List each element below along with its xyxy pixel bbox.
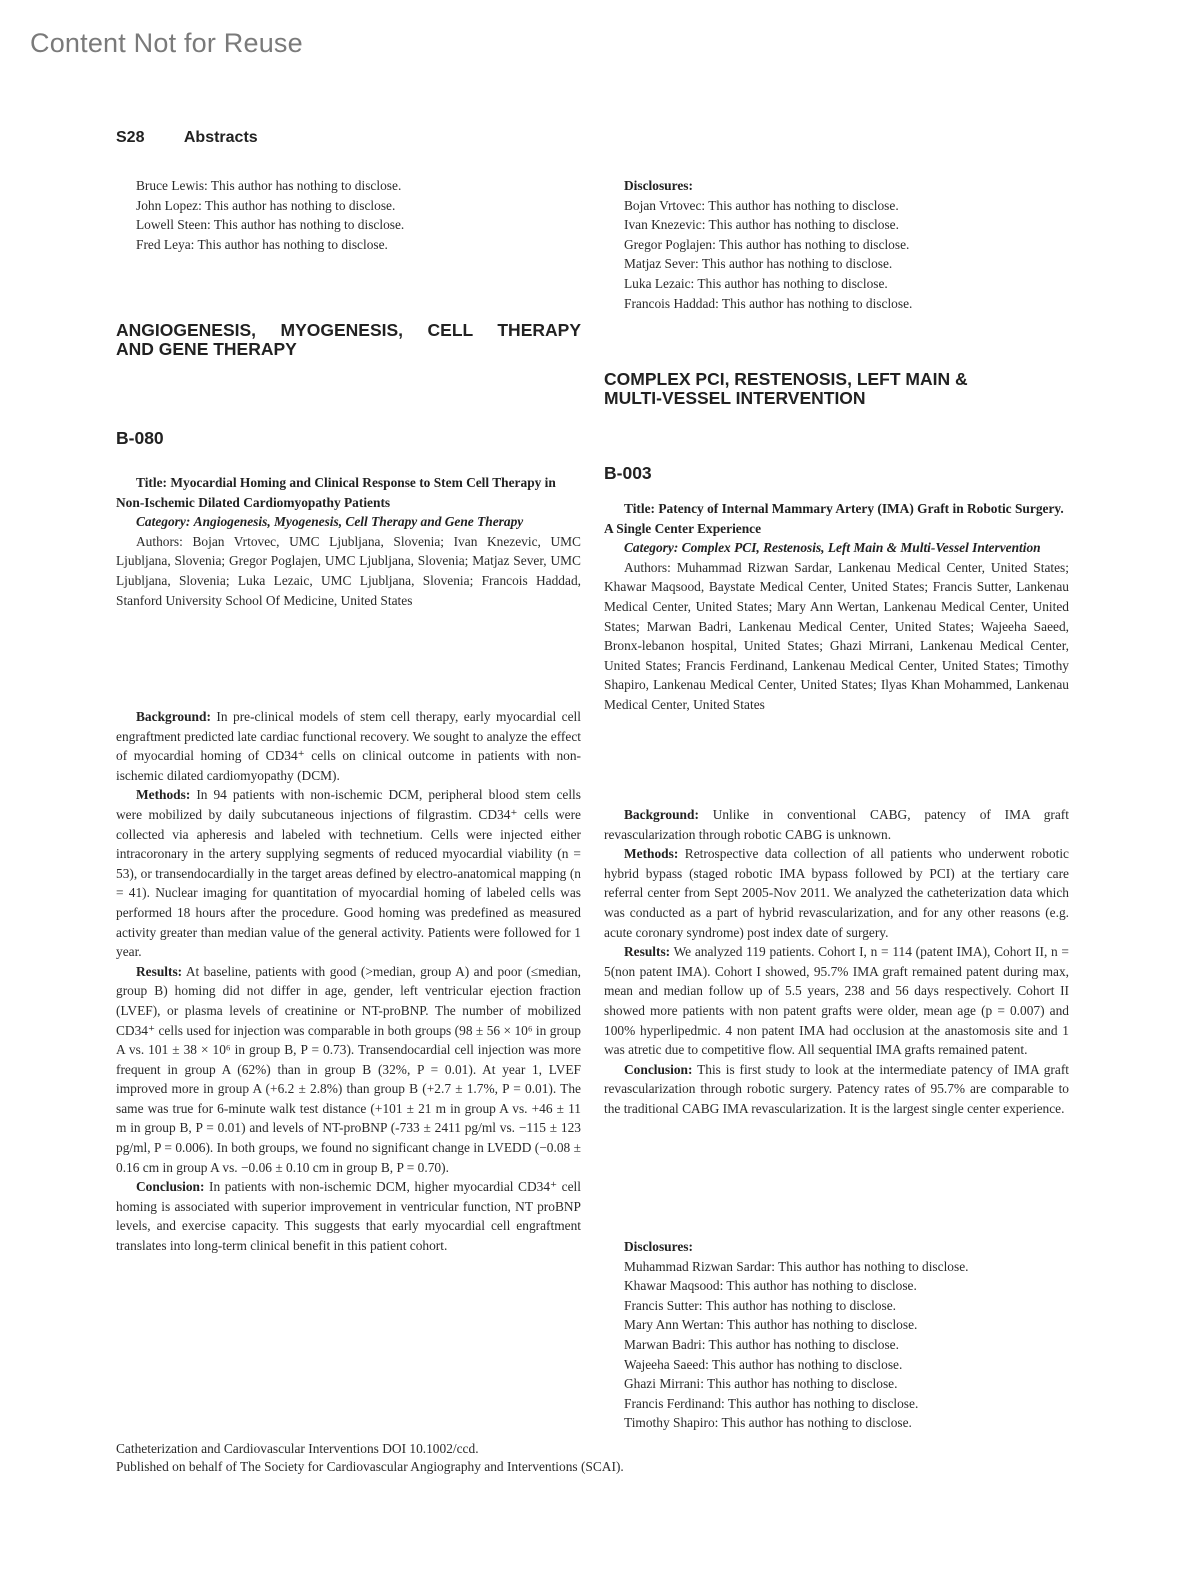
- disclosure-line: Lowell Steen: This author has nothing to…: [136, 215, 581, 235]
- abstract-conclusion: Conclusion: In patients with non-ischemi…: [116, 1177, 581, 1255]
- disclosure-line: Ghazi Mirrani: This author has nothing t…: [624, 1374, 1069, 1394]
- disclosures-label: Disclosures:: [624, 176, 1069, 196]
- abstract-background: Background: Unlike in conventional CABG,…: [604, 805, 1069, 844]
- disclosure-line: Luka Lezaic: This author has nothing to …: [624, 274, 1069, 294]
- abstract-category: Category: Angiogenesis, Myogenesis, Cell…: [116, 512, 581, 532]
- disclosure-line: Francois Haddad: This author has nothing…: [624, 294, 1069, 314]
- disclosure-line: Marwan Badri: This author has nothing to…: [624, 1335, 1069, 1355]
- disclosure-line: Wajeeha Saeed: This author has nothing t…: [624, 1355, 1069, 1375]
- abstract-background: Background: In pre-clinical models of st…: [116, 707, 581, 785]
- disclosures-label: Disclosures:: [624, 1237, 1069, 1257]
- abstract-id: B-080: [116, 429, 581, 449]
- running-head: S28 Abstracts: [116, 129, 258, 147]
- abstract-title: Title: Patency of Internal Mammary Arter…: [604, 499, 1069, 538]
- abstract-b003: Title: Patency of Internal Mammary Arter…: [604, 499, 1069, 715]
- abstract-id: B-003: [604, 464, 1069, 484]
- abstract-authors: Authors: Muhammad Rizwan Sardar, Lankena…: [604, 558, 1069, 715]
- footer-publisher: Published on behalf of The Society for C…: [116, 1458, 624, 1476]
- disclosure-line: Francis Sutter: This author has nothing …: [624, 1296, 1069, 1316]
- right-prev-disclosures: Disclosures: Bojan Vrtovec: This author …: [604, 176, 1069, 313]
- abstract-results: Results: At baseline, patients with good…: [116, 962, 581, 1178]
- abstract-category: Category: Complex PCI, Restenosis, Left …: [604, 538, 1069, 558]
- disclosure-line: Khawar Maqsood: This author has nothing …: [624, 1276, 1069, 1296]
- disclosure-line: Matjaz Sever: This author has nothing to…: [624, 254, 1069, 274]
- disclosure-line: Ivan Knezevic: This author has nothing t…: [624, 215, 1069, 235]
- disclosure-line: Muhammad Rizwan Sardar: This author has …: [624, 1257, 1069, 1277]
- abstract-title: Title: Myocardial Homing and Clinical Re…: [116, 473, 581, 512]
- page-number: S28: [116, 129, 180, 147]
- abstract-methods: Methods: Retrospective data collection o…: [604, 844, 1069, 942]
- abstract-b003-disclosures: Disclosures: Muhammad Rizwan Sardar: Thi…: [604, 1237, 1069, 1433]
- abstract-b080-body: Background: In pre-clinical models of st…: [116, 707, 581, 1256]
- journal-section: Abstracts: [184, 129, 258, 146]
- abstract-methods: Methods: In 94 patients with non-ischemi…: [116, 785, 581, 961]
- disclosure-line: Gregor Poglajen: This author has nothing…: [624, 235, 1069, 255]
- disclosure-line: Fred Leya: This author has nothing to di…: [136, 235, 581, 255]
- abstract-conclusion: Conclusion: This is first study to look …: [604, 1060, 1069, 1119]
- disclosure-line: Bojan Vrtovec: This author has nothing t…: [624, 196, 1069, 216]
- section-heading-angiogenesis: ANGIOGENESIS, MYOGENESIS, CELL THERAPY A…: [116, 321, 581, 358]
- abstract-b080: Title: Myocardial Homing and Clinical Re…: [116, 473, 581, 610]
- left-prev-disclosures: Bruce Lewis: This author has nothing to …: [116, 176, 581, 254]
- disclosure-line: Mary Ann Wertan: This author has nothing…: [624, 1315, 1069, 1335]
- disclosure-line: Timothy Shapiro: This author has nothing…: [624, 1413, 1069, 1433]
- disclosure-line: John Lopez: This author has nothing to d…: [136, 196, 581, 216]
- abstract-results: Results: We analyzed 119 patients. Cohor…: [604, 942, 1069, 1060]
- page-footer: Catheterization and Cardiovascular Inter…: [116, 1440, 624, 1476]
- watermark: Content Not for Reuse: [30, 28, 303, 59]
- section-heading-complex-pci: COMPLEX PCI, RESTENOSIS, LEFT MAIN & MUL…: [604, 370, 1069, 407]
- abstract-b003-body: Background: Unlike in conventional CABG,…: [604, 805, 1069, 1119]
- abstract-authors: Authors: Bojan Vrtovec, UMC Ljubljana, S…: [116, 532, 581, 610]
- disclosure-line: Francis Ferdinand: This author has nothi…: [624, 1394, 1069, 1414]
- footer-journal-doi: Catheterization and Cardiovascular Inter…: [116, 1440, 624, 1458]
- disclosure-line: Bruce Lewis: This author has nothing to …: [136, 176, 581, 196]
